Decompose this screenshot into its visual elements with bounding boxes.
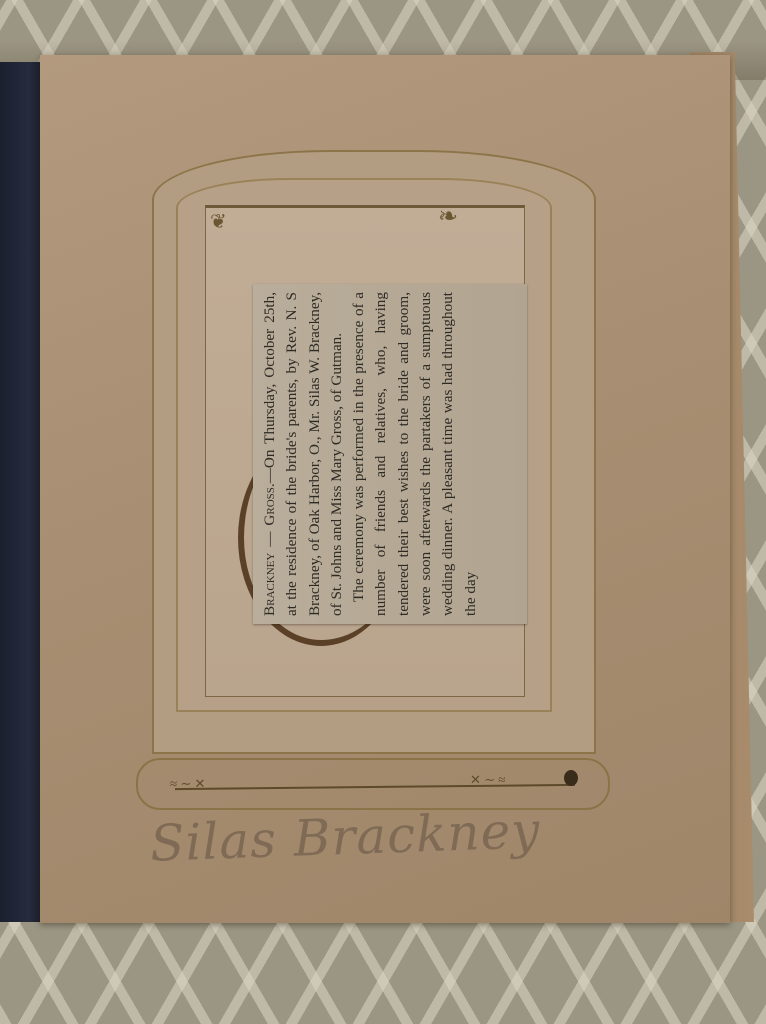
caption-ornament-left-icon: ≈ ∼ ✕ (170, 776, 205, 792)
newspaper-clipping: Brackney — Gross.—On Thursday, October 2… (253, 284, 527, 624)
clipping-headline: Brackney — Gross. (261, 483, 278, 616)
caption-ornament-right-icon: ✕ ∼ ≈ (470, 772, 505, 788)
clipping-text-block: Brackney — Gross.—On Thursday, October 2… (253, 284, 527, 624)
corner-flourish-left-icon: ❦ (210, 212, 227, 232)
corner-flourish-right-icon: ❧ (438, 205, 458, 229)
clipping-paragraph-2: The ceremony was performed in the presen… (348, 292, 482, 616)
caption-hole (564, 770, 578, 786)
